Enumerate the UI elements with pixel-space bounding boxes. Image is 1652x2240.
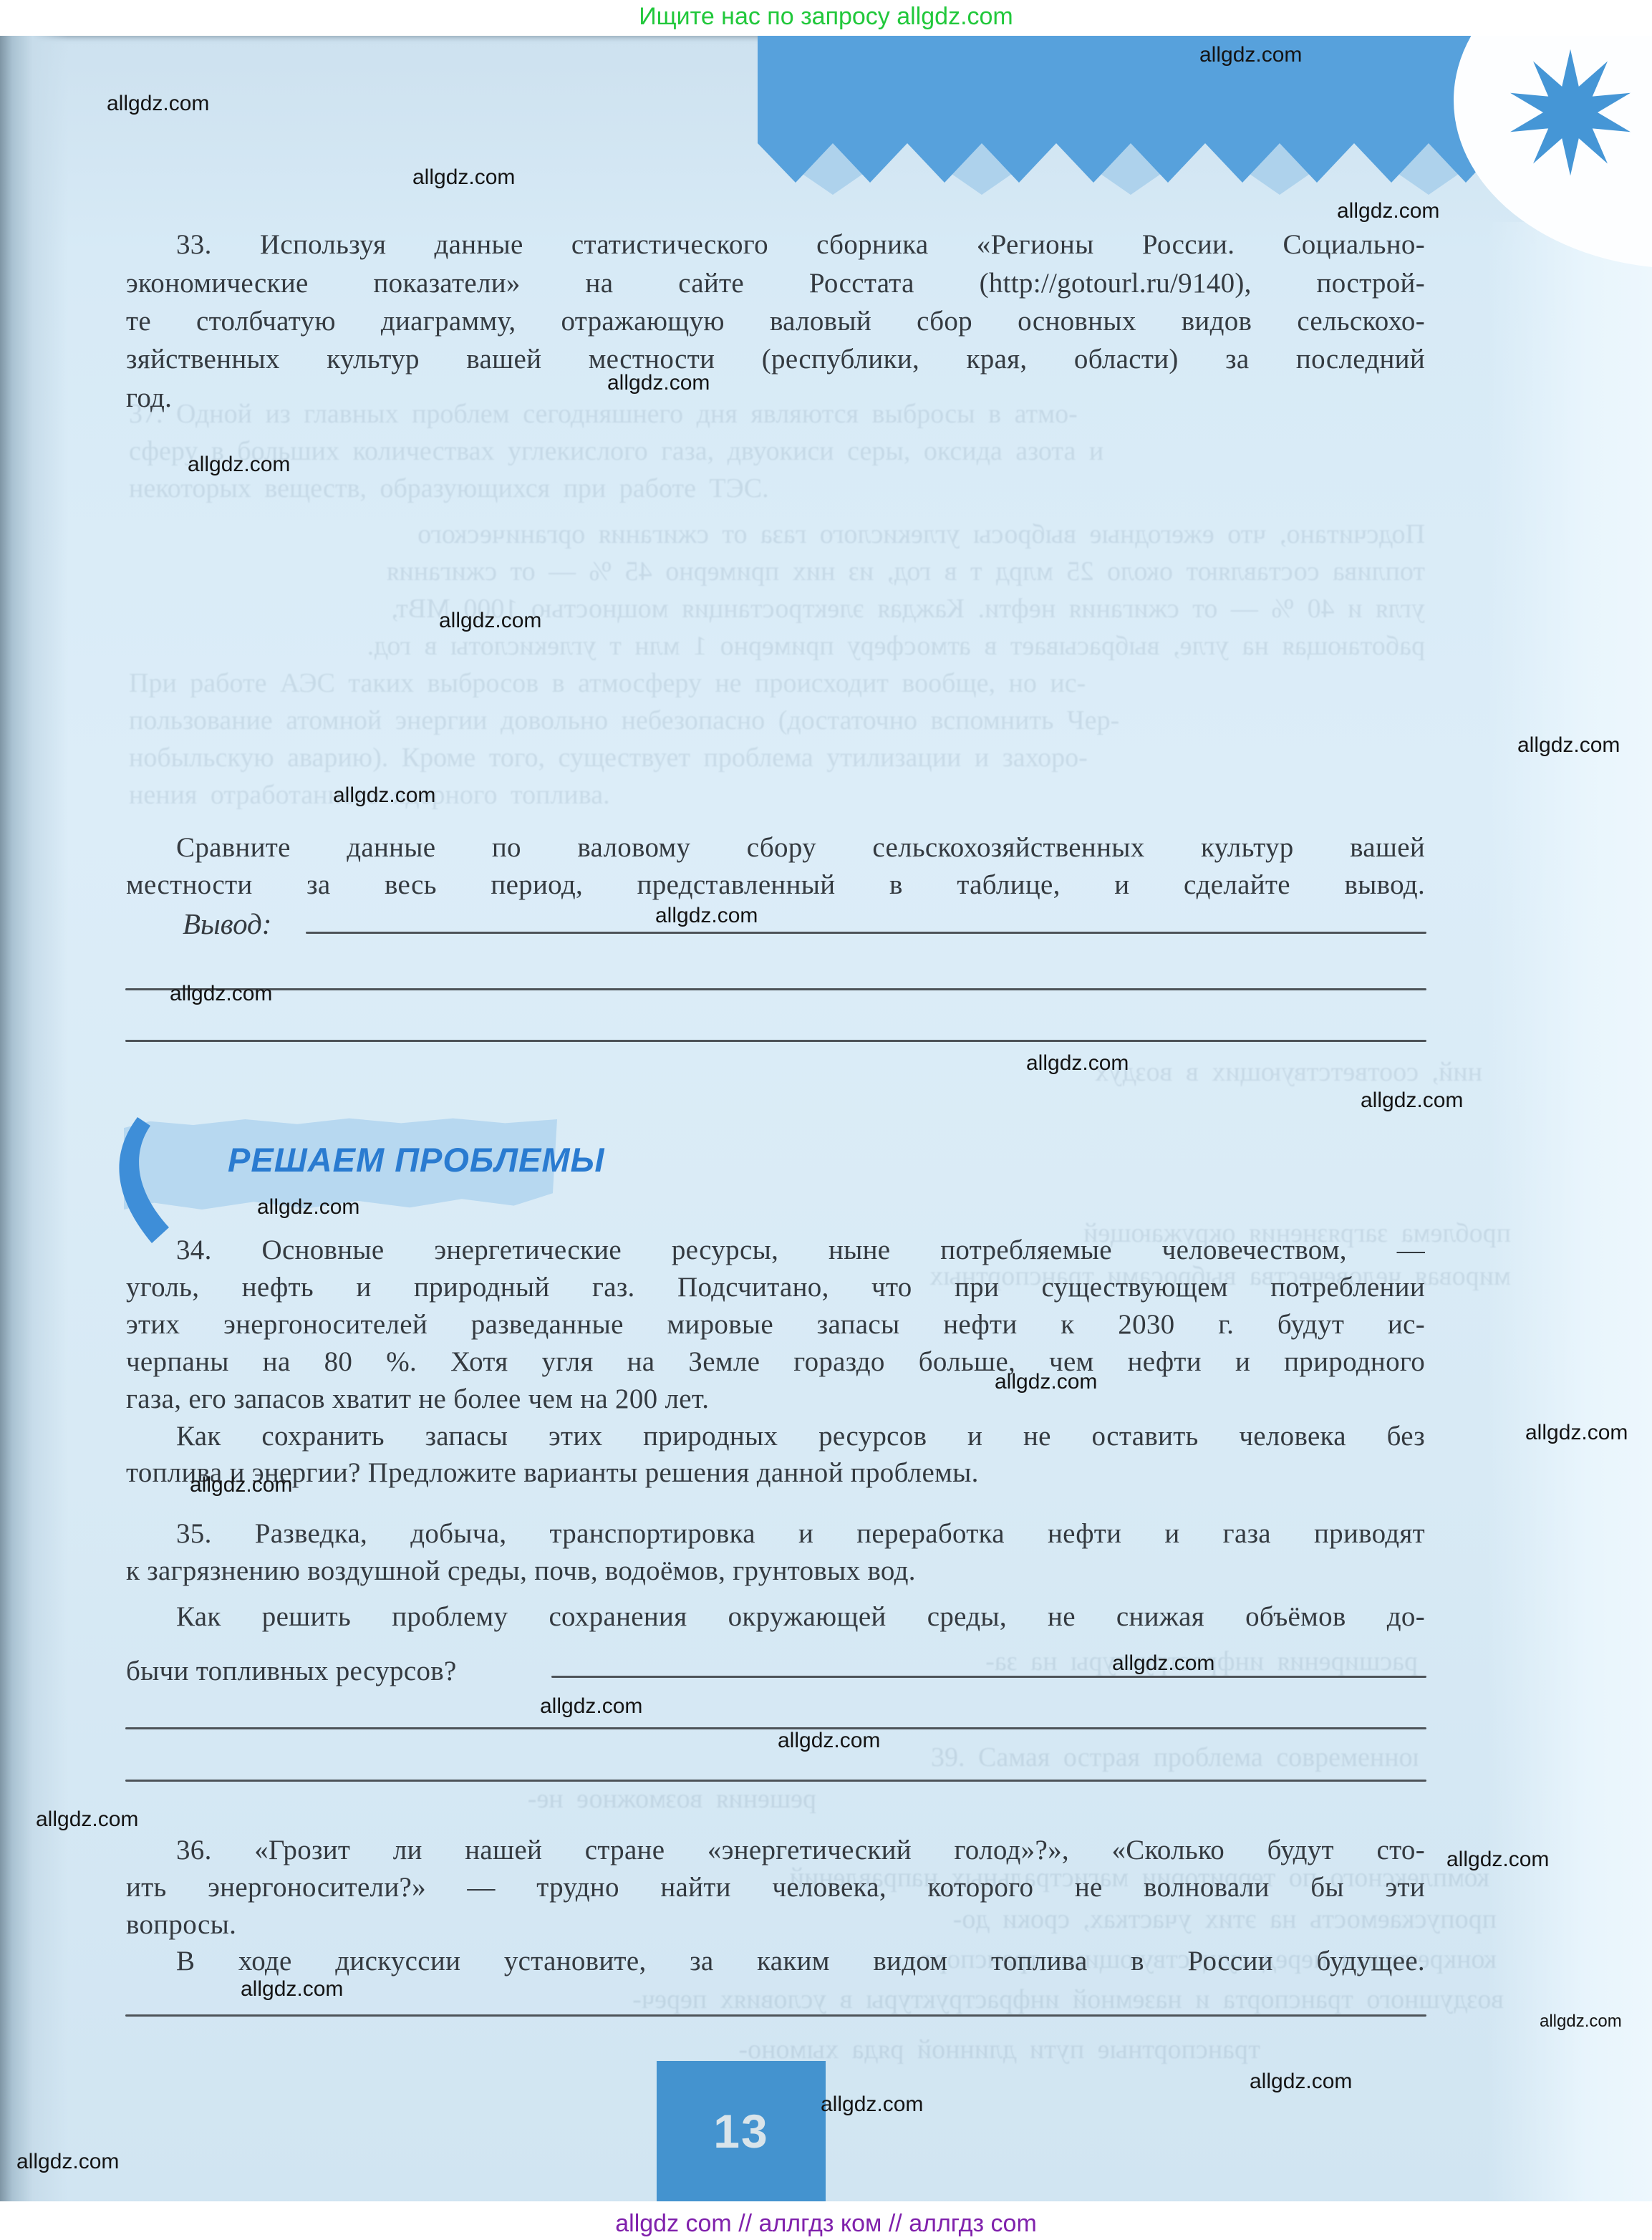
watermark: allgdz.com [333,783,435,808]
watermark: allgdz.com [1199,43,1302,67]
bleed-through-text: ний, соответствующих в воздух [823,1056,1482,1088]
watermark: allgdz.com [241,1977,343,2002]
watermark: allgdz.com [1337,199,1439,223]
answer-line [125,1780,1426,1782]
bleed-through-text: пропускаемость на этих участках, сроки д… [773,1903,1497,1935]
watermark: allgdz.com [107,92,209,116]
task-34-line: уголь, нефть и природный газ. Подсчитано… [126,1269,1425,1306]
task-34-line: черпаны на 80 %. Хотя угля на Земле гора… [126,1343,1425,1381]
watermark: allgdz.com [1112,1651,1214,1676]
watermark: allgdz.com [540,1694,642,1719]
bleed-through-text: решения возможное не- [129,1783,816,1815]
watermark: allgdz.com [190,1473,292,1497]
page-number: 13 [713,2104,768,2158]
task-33-line: те столбчатую диаграмму, отражающую вало… [126,303,1425,340]
book-gutter-shadow [0,36,68,2201]
watermark: allgdz.com [821,2092,923,2117]
task-36-line: В ходе дискуссии установите, за каким ви… [176,1943,1425,1980]
bleed-through-text: 39. Самая острая проблема современного [931,1742,1418,1773]
task-34-line: топлива и энергии? Предложите варианты р… [126,1454,1272,1492]
task-35-line: к загрязнению воздушной среды, почв, вод… [126,1553,1200,1590]
watermark: allgdz.com [778,1729,880,1753]
watermark: allgdz.com [1361,1088,1463,1113]
answer-line [125,1040,1426,1042]
bleed-through-text: При работе АЭС таких выбросов в атмосфер… [129,667,1425,699]
promo-banner-text: Ищите нас по запросу allgdz.com [0,3,1652,31]
watermark: allgdz.com [1540,2012,1622,2032]
task-33-line: зяйственных культур вашей местности (рес… [126,341,1425,378]
bleed-through-text: некоторых веществ, образующихся при рабо… [129,473,888,504]
task-36-line: 36. «Грозит ли нашей стране «энергетичес… [176,1832,1425,1869]
bleed-through-text: сферу в больших количествах углекислого … [129,435,1425,467]
task-33-line: год. [126,380,556,417]
task-35-line: бычи топливных ресурсов? [126,1653,556,1690]
watermark: allgdz.com [1026,1051,1129,1076]
footer-links-text: allgdz com // аллгдз ком // аллгдз com [0,2210,1652,2238]
bleed-through-text: топлива составляют около 25 млрд т в год… [129,556,1425,587]
answer-line [125,2014,1426,2017]
ribbon-swoosh-icon [106,1114,199,1247]
star-icon [1502,44,1638,180]
watermark: allgdz.com [439,609,541,633]
watermark: allgdz.com [607,371,710,395]
watermark: allgdz.com [1250,2070,1352,2094]
task-34-line: 34. Основные энергетические ресурсы, нын… [176,1232,1425,1269]
task-36-line: ить энергоносители?» — трудно найти чело… [126,1869,1425,1906]
task-35-line: Как решить проблему сохранения окружающе… [176,1598,1425,1636]
bleed-through-text: нобыльскую аварию). Кроме того, существу… [129,742,1425,773]
watermark: allgdz.com [257,1195,359,1220]
watermark: allgdz.com [1446,1848,1549,1872]
task-34-line: газа, его запасов хватит не более чем на… [126,1381,985,1418]
task-33-line: экономические показатели» на сайте Росст… [126,265,1425,302]
watermark: allgdz.com [16,2150,119,2174]
task-34-line: этих энергоносителей разведанные мировые… [126,1306,1425,1343]
watermark: allgdz.com [188,453,290,477]
answer-line [125,1727,1426,1729]
bleed-through-text: Подсчитано, что ежегодные выбросы углеки… [129,518,1425,550]
compare-line: Сравните данные по валовому сбору сельск… [176,829,1425,866]
page-number-box: 13 [657,2061,826,2201]
answer-line [125,988,1426,990]
answer-line [551,1676,1426,1678]
page-right-fade [1487,222,1652,2201]
bleed-through-text: пользование атомной энергии довольно неб… [129,705,1425,736]
task-36-line: вопросы. [126,1906,484,1944]
ribbon-label: РЕШАЕМ ПРОБЛЕМЫ [228,1140,605,1179]
scanned-workbook-page: 37. Одной из главных проблем сегодняшнег… [0,0,1652,2240]
watermark: allgdz.com [1517,733,1620,758]
answer-line [306,932,1426,934]
watermark: allgdz.com [170,982,272,1006]
task-35-line: 35. Разведка, добыча, транспортировка и … [176,1515,1425,1553]
watermark: allgdz.com [36,1807,138,1832]
watermark: allgdz.com [1525,1421,1628,1445]
bleed-through-text: работающая на угле, выбрасывает в атмосф… [129,630,1425,662]
bleed-through-text: угля и 40 % — от сжигания нефти. Каждая … [129,593,1425,624]
compare-line: местности за весь период, представленный… [126,866,1425,904]
watermark: allgdz.com [995,1370,1097,1394]
watermark: allgdz.com [412,165,515,190]
watermark: allgdz.com [655,904,758,928]
task-33-line: 33. Используя данные статистического сбо… [176,226,1425,264]
vyvod-label: Вывод: [183,907,271,941]
task-34-line: Как сохранить запасы этих природных ресу… [176,1418,1425,1455]
bleed-through-text: нения отработанного ядерного топлива. [129,779,773,811]
